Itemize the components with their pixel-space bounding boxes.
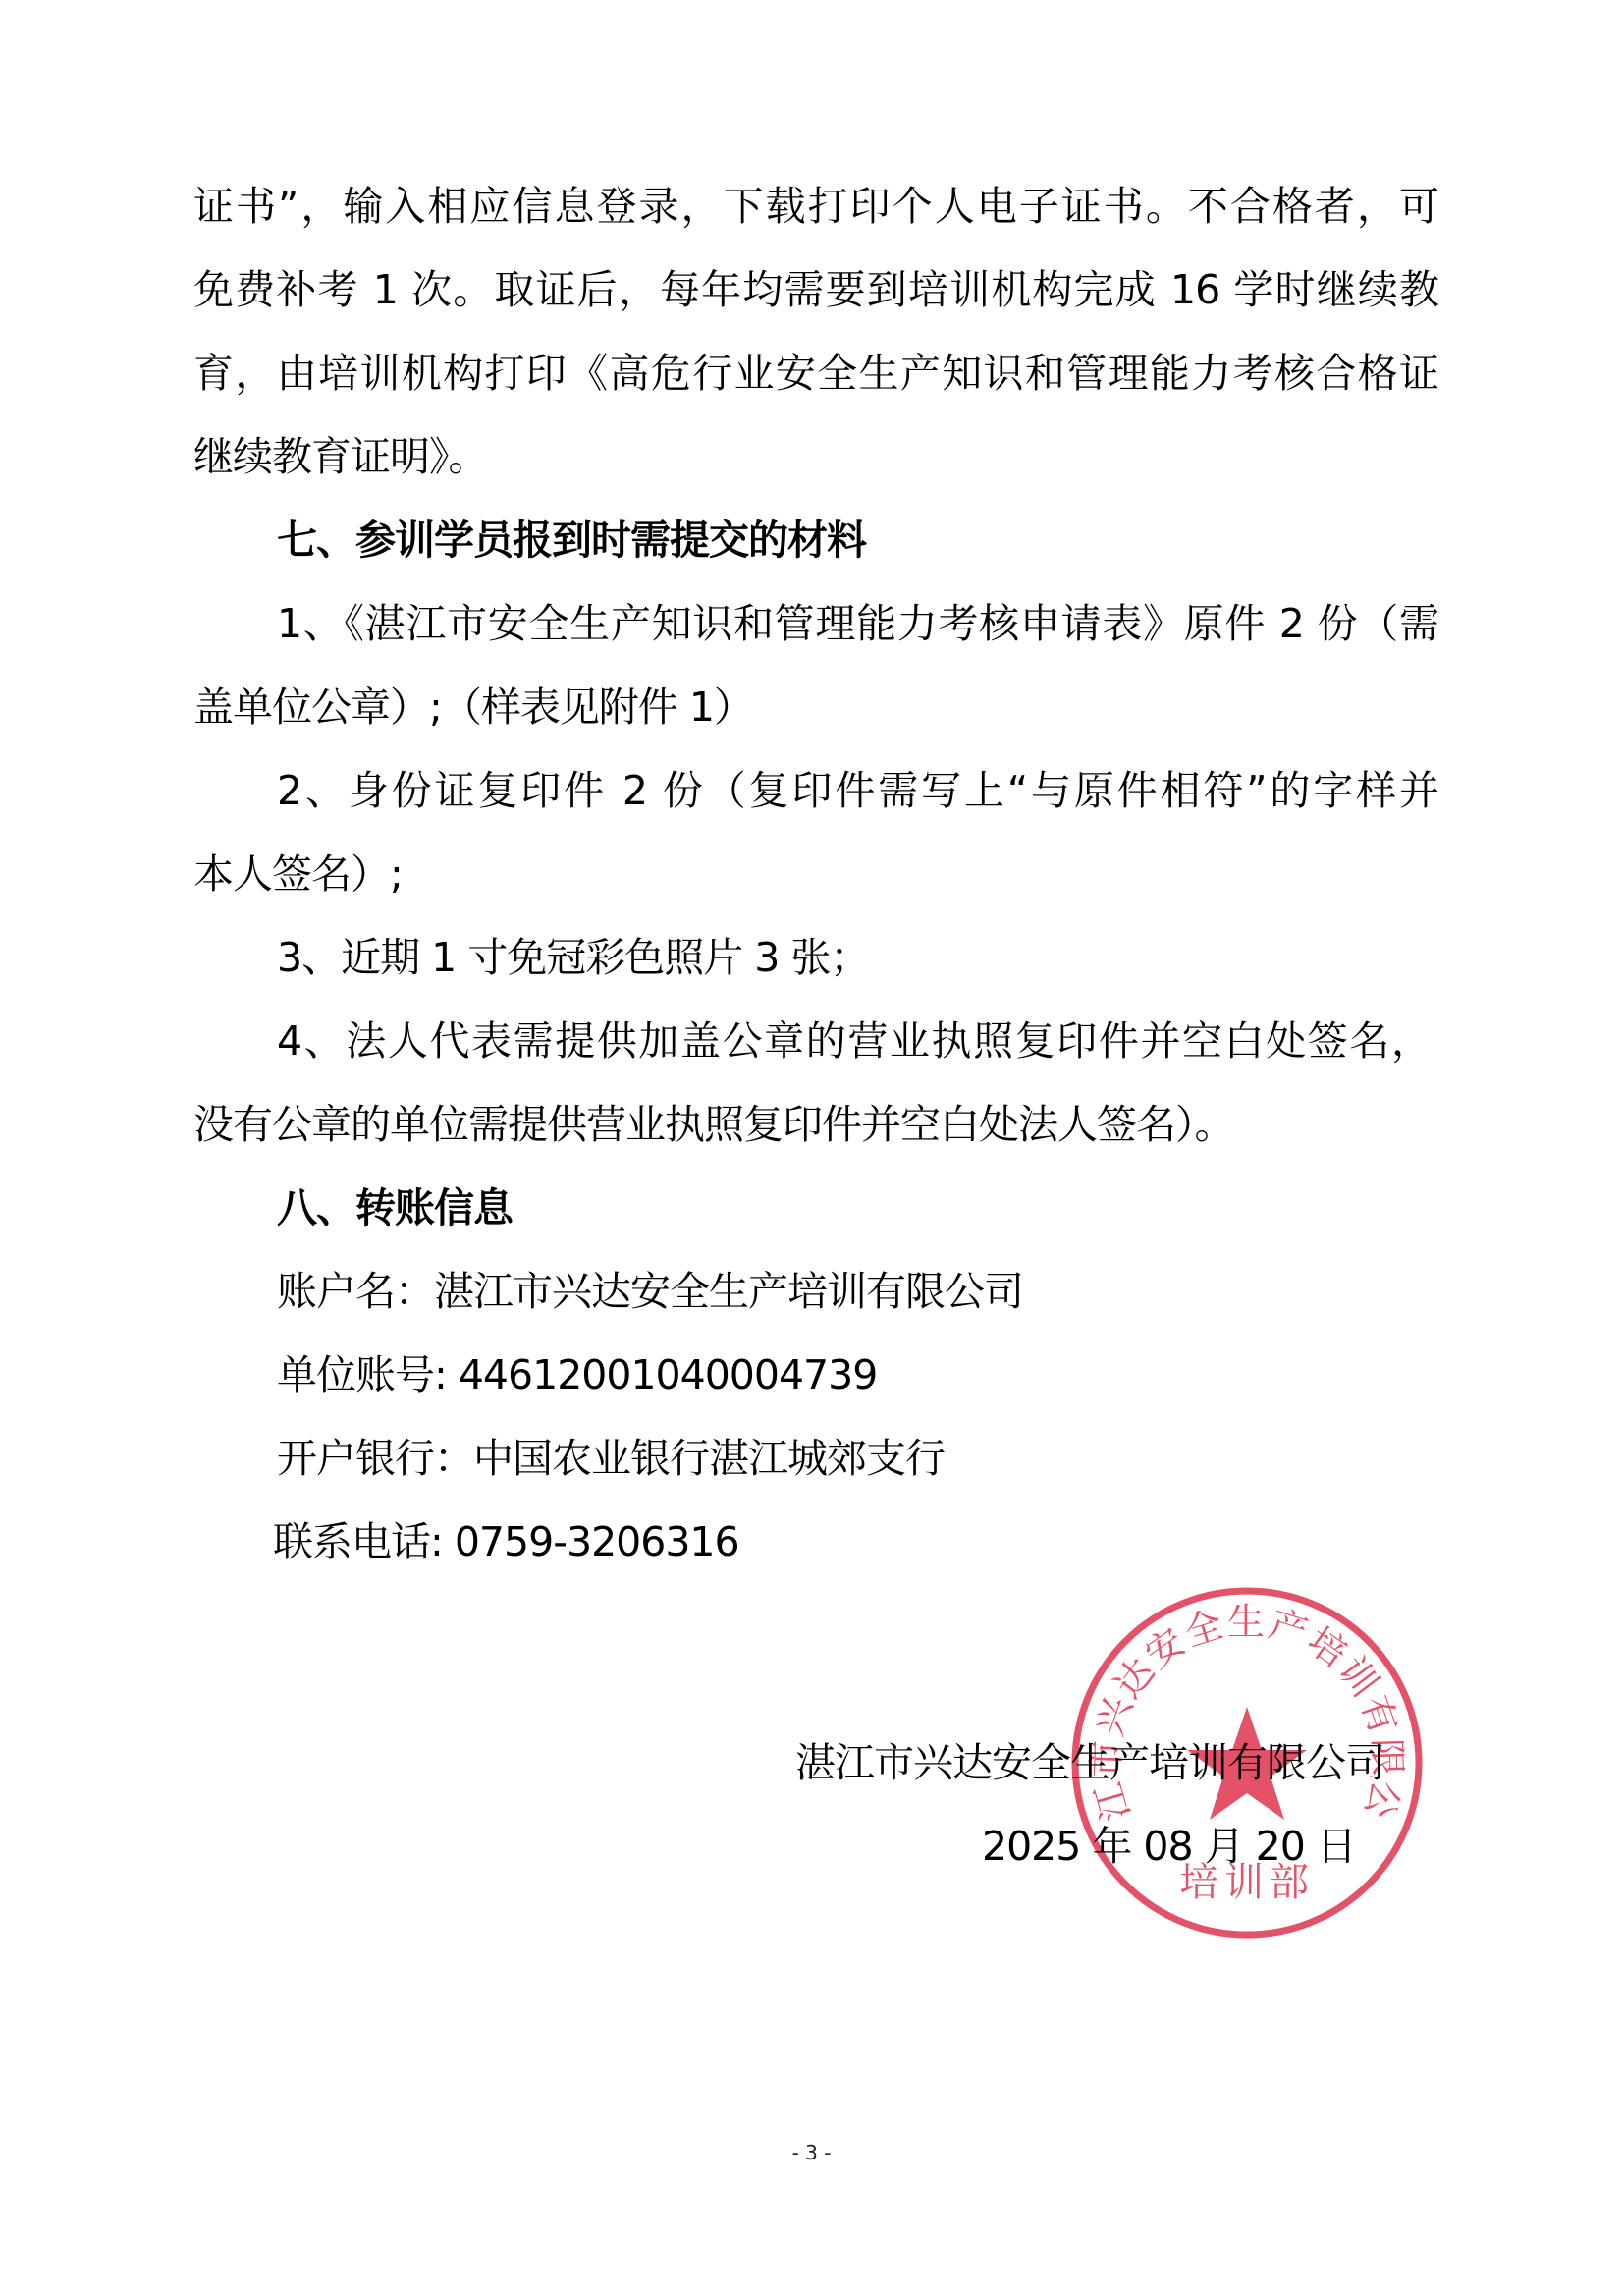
section-heading-8: 八、转账信息 xyxy=(277,1178,513,1237)
paragraph-line: 免费补考 1 次。取证后，每年均需要到培训机构完成 16 学时继续教 xyxy=(193,260,1438,319)
account-name: 账户名：湛江市兴达安全生产培训有限公司 xyxy=(277,1262,1023,1321)
list-item-1: 1、《湛江市安全生产知识和管理能力考核申请表》原件 2 份（需 xyxy=(277,594,1438,653)
section-heading-7: 七、参训学员报到时需提交的材料 xyxy=(277,511,866,570)
document-page: 证书”，输入相应信息登录，下载打印个人电子证书。不合格者，可 免费补考 1 次。… xyxy=(0,0,1623,2296)
list-item-4: 4、法人代表需提供加盖公章的营业执照复印件并空白处签名， xyxy=(277,1011,1431,1070)
signature-company: 湛江市兴达安全生产培训有限公司 xyxy=(795,1733,1384,1792)
list-item-3: 3、近期 1 寸免冠彩色照片 3 张； xyxy=(277,928,869,987)
list-item-2: 2、身份证复印件 2 份（复印件需写上“与原件相符”的字样并 xyxy=(277,761,1438,820)
paragraph-line: 证书”，输入相应信息登录，下载打印个人电子证书。不合格者，可 xyxy=(193,177,1438,236)
contact-phone: 联系电话: 0759-3206316 xyxy=(273,1512,739,1571)
paragraph-line: 继续教育证明》。 xyxy=(193,427,488,486)
account-number: 单位账号: 44612001040004739 xyxy=(277,1345,877,1404)
paragraph-line: 育，由培训机构打印《高危行业安全生产知识和管理能力考核合格证 xyxy=(193,344,1438,403)
bank-name: 开户银行：中国农业银行湛江城郊支行 xyxy=(277,1429,945,1488)
page-number: - 3 - xyxy=(0,2141,1623,2164)
list-item-4-cont: 没有公章的单位需提供营业执照复印件并空白处法人签名）。 xyxy=(193,1095,1234,1154)
signature-date: 2025 年 08 月 20 日 xyxy=(982,1817,1356,1876)
list-item-2-cont: 本人签名）; xyxy=(193,845,403,903)
list-item-1-cont: 盖单位公章）;（样表见附件 1） xyxy=(193,678,753,737)
